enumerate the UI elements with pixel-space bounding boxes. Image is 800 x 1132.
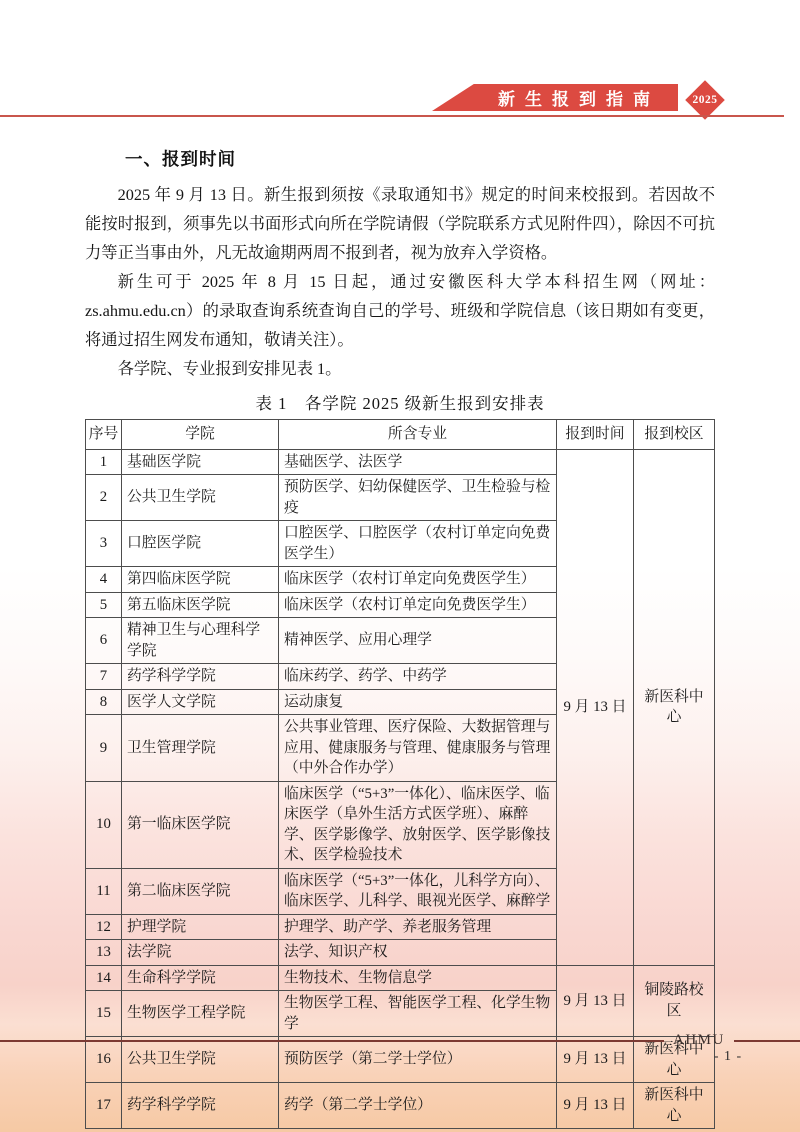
cell-college: 医学人文学院 [122, 689, 279, 715]
header-divider [0, 115, 784, 117]
cell-campus-merged: 新医科中心 [634, 449, 715, 965]
cell-no: 7 [86, 664, 122, 690]
cell-college: 药学科学学院 [122, 1083, 279, 1129]
cell-majors: 预防医学、妇幼保健医学、卫生检验与检疫 [279, 475, 557, 521]
cell-campus: 新医科中心 [634, 1083, 715, 1129]
cell-no: 8 [86, 689, 122, 715]
cell-college: 公共卫生学院 [122, 475, 279, 521]
col-header-college: 学院 [122, 420, 279, 450]
cell-time: 9 月 13 日 [557, 1083, 634, 1129]
cell-no: 14 [86, 965, 122, 991]
cell-no: 1 [86, 449, 122, 475]
cell-no: 4 [86, 567, 122, 593]
year-badge: 2025 [685, 80, 725, 120]
cell-time-merged: 9 月 13 日 [557, 965, 634, 1037]
cell-time-merged: 9 月 13 日 [557, 449, 634, 965]
cell-majors: 基础医学、法医学 [279, 449, 557, 475]
cell-no: 9 [86, 715, 122, 782]
table-row: 17 药学科学学院 药学（第二学士学位） 9 月 13 日 新医科中心 [86, 1083, 715, 1129]
cell-majors: 口腔医学、口腔医学（农村订单定向免费医学生） [279, 521, 557, 567]
table-header-row: 序号 学院 所含专业 报到时间 报到校区 [86, 420, 715, 450]
col-header-no: 序号 [86, 420, 122, 450]
cell-no: 17 [86, 1083, 122, 1129]
cell-college: 卫生管理学院 [122, 715, 279, 782]
cell-majors: 护理学、助产学、养老服务管理 [279, 914, 557, 940]
header-banner: 新生报到指南 [432, 84, 678, 111]
cell-no: 3 [86, 521, 122, 567]
paragraph-see-table: 各学院、专业报到安排见表 1。 [85, 354, 715, 383]
cell-majors: 法学、知识产权 [279, 940, 557, 966]
table-row: 1 基础医学院 基础医学、法医学 9 月 13 日 新医科中心 [86, 449, 715, 475]
col-header-majors: 所含专业 [279, 420, 557, 450]
cell-majors: 临床医学（农村订单定向免费医学生） [279, 567, 557, 593]
cell-college: 精神卫生与心理科学学院 [122, 618, 279, 664]
cell-no: 6 [86, 618, 122, 664]
section-title: 一、报到时间 [125, 146, 715, 171]
paragraph-report-time: 2025 年 9 月 13 日。新生报到须按《录取通知书》规定的时间来校报到。若… [85, 180, 715, 267]
cell-college: 生物医学工程学院 [122, 991, 279, 1037]
cell-majors: 临床医学（“5+3”一体化）、临床医学、临床医学（阜外生活方式医学班）、麻醉学、… [279, 781, 557, 868]
table-caption: 表 1 各学院 2025 级新生报到安排表 [85, 390, 715, 414]
cell-majors: 临床药学、药学、中药学 [279, 664, 557, 690]
footer: AHMU [0, 1032, 800, 1049]
cell-no: 12 [86, 914, 122, 940]
cell-college: 第一临床医学院 [122, 781, 279, 868]
cell-college: 护理学院 [122, 914, 279, 940]
table-row: 14 生命科学学院 生物技术、生物信息学 9 月 13 日 铜陵路校区 [86, 965, 715, 991]
col-header-time: 报到时间 [557, 420, 634, 450]
cell-no: 5 [86, 592, 122, 618]
cell-no: 10 [86, 781, 122, 868]
cell-no: 13 [86, 940, 122, 966]
cell-majors: 临床医学（“5+3”一体化，儿科学方向）、临床医学、儿科学、眼视光医学、麻醉学 [279, 868, 557, 914]
year-badge-label: 2025 [693, 94, 718, 106]
footer-line-left [0, 1040, 664, 1042]
footer-line-right [734, 1040, 800, 1042]
cell-no: 2 [86, 475, 122, 521]
cell-college: 第五临床医学院 [122, 592, 279, 618]
cell-no: 15 [86, 991, 122, 1037]
cell-majors: 运动康复 [279, 689, 557, 715]
cell-majors: 药学（第二学士学位） [279, 1083, 557, 1129]
cell-college: 基础医学院 [122, 449, 279, 475]
page-number: - 1 - [698, 1049, 758, 1065]
report-schedule-table: 序号 学院 所含专业 报到时间 报到校区 1 基础医学院 基础医学、法医学 9 … [85, 419, 715, 1129]
cell-no: 11 [86, 868, 122, 914]
cell-majors: 生物技术、生物信息学 [279, 965, 557, 991]
cell-campus-merged: 铜陵路校区 [634, 965, 715, 1037]
footer-brand: AHMU [673, 1032, 725, 1049]
cell-college: 药学科学学院 [122, 664, 279, 690]
cell-college: 口腔医学院 [122, 521, 279, 567]
cell-majors: 精神医学、应用心理学 [279, 618, 557, 664]
col-header-campus: 报到校区 [634, 420, 715, 450]
cell-majors: 公共事业管理、医疗保险、大数据管理与应用、健康服务与管理、健康服务与管理（中外合… [279, 715, 557, 782]
banner-title: 新生报到指南 [450, 85, 660, 110]
page-content: 一、报到时间 2025 年 9 月 13 日。新生报到须按《录取通知书》规定的时… [85, 146, 715, 1129]
cell-college: 生命科学学院 [122, 965, 279, 991]
cell-majors: 生物医学工程、智能医学工程、化学生物学 [279, 991, 557, 1037]
paragraph-query-system: 新生可于 2025 年 8 月 15 日起，通过安徽医科大学本科招生网（网址：z… [85, 267, 715, 354]
cell-majors: 临床医学（农村订单定向免费医学生） [279, 592, 557, 618]
cell-college: 第二临床医学院 [122, 868, 279, 914]
document-page: 新生报到指南 2025 一、报到时间 2025 年 9 月 13 日。新生报到须… [0, 0, 800, 1132]
cell-college: 法学院 [122, 940, 279, 966]
cell-college: 第四临床医学院 [122, 567, 279, 593]
